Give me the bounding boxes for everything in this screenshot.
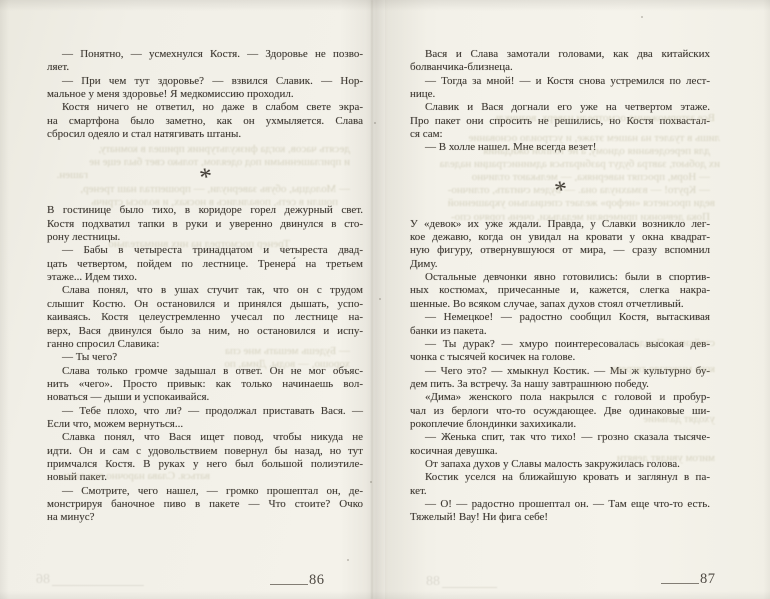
dust-speck [379,298,381,300]
bleedthrough-text: — Будешь мешать мне спать [225,345,350,357]
book-crease-line [371,0,373,599]
scan-edge-left [0,0,9,599]
bleedthrough-text: их добьют, завтра будут разбираться адми… [420,158,720,170]
scan-edge-top [0,0,770,11]
bleedthrough-text: Все заторможенно осмотрели наверх, возни… [495,112,715,124]
text-line: — О! — радостно прошептал он. — Там еще … [410,498,710,511]
text-line: идти. Он и сам с удовольствием повернул … [47,445,363,458]
bleedthrough-text: пошли в сеть, повалились в носках, и вол… [38,196,338,208]
text-line: новаться — дыши и успокаивайся. [47,391,363,404]
text-line: шенные. Во всяком случае, запах духов ст… [410,298,710,311]
text-line: ную фигуру, отвернувшуюся от мира, — сра… [410,244,710,257]
bleedthrough-text: Пока девчонки примеряли медальки, очень … [430,211,710,223]
bleedthrough-page-number: 88 [426,574,497,590]
text-line: «Дима» женского пола накрылся с головой … [410,391,710,404]
bleedthrough-text: мигом увидят девяти [597,452,715,464]
bleedthrough-text: — Норм, проспят наверняка, — мелькают от… [440,171,710,183]
page-left-folio: 86 [270,573,325,587]
book-scan: — Понятно, — усмехнулся Костя. — Здоровь… [0,0,770,599]
text-line: Костя ничего не ответил, но даже в слабо… [47,101,363,114]
dust-speck [374,122,376,124]
bleedthrough-text: для переодевания одному, а не толпой ожи… [445,145,710,157]
folio-rule [661,582,699,584]
text-line: Если что, можем вернуться... [47,418,363,431]
dust-speck [347,559,349,561]
text-line: Слава понял, что в ушах стучит так, что … [47,284,363,297]
text-line: кет. [410,485,710,498]
text-line: каиваясь. Костя целеустремленно учесал п… [47,311,363,324]
page-left: — Понятно, — усмехнулся Костя. — Здоровь… [0,0,385,599]
text-line: дем пить. За встречу. За нашу завтрашнюю… [410,378,710,391]
text-line: ных костюмах, причесанные и, кажется, сл… [410,284,710,297]
ghost-rule [52,584,144,586]
text-line: — Тогда за мной! — и Костя снова устреми… [410,75,710,88]
text-line: верх, Вася двинулся было за ним, но оста… [47,325,363,338]
text-line: на смартфона было заметно, как он ухмыля… [47,115,363,128]
text-line: — Немецкое! — радостно сообщил Костя, вы… [410,311,710,324]
text-line: этаже... Идем тихо. [47,271,363,284]
text-line: — При чем тут здоровье? — взвился Славик… [47,75,363,88]
text-line: ляет. [47,61,363,74]
bleedthrough-text: уходят дальние [615,413,715,425]
bleedthrough-text: Тренер посмотрел на них внимательно [60,238,290,250]
bleedthrough-text: ваться. Слава нарочно все-таки [40,470,210,482]
text-line: — Женька спит, так что тихо! — грозно ск… [410,431,710,444]
bleedthrough-text: десять часов, когда физкультурник пришел… [50,143,350,155]
text-line: Славка понял, что Вася ищет повод, чтобы… [47,431,363,444]
text-line: болванчика-близнеца. [410,61,710,74]
asterisk-separator-icon: * [199,177,211,180]
page-left-text-column: — Понятно, — усмехнулся Костя. — Здоровь… [47,48,363,525]
bleedthrough-text: стойкими. Придержи- [610,337,715,349]
text-line: — Смотрите, чего нашел, — громко прошепт… [47,485,363,498]
text-line: нице. [410,88,710,101]
dust-speck [641,16,643,18]
folio-rule [270,583,308,585]
dust-speck [370,481,372,483]
page-number-left: 86 [309,573,325,587]
text-line: Тяжелый! Вау! Ни фига себе! [410,511,710,524]
bleedthrough-text: — Круто! — взмахнула она. — Будем считат… [445,184,710,196]
text-line: банки из пакета. [410,325,710,338]
bleedthrough-text: и приглашенными под одеялом, только свет… [38,156,350,168]
text-line: — Тебе плохо, что ли? — продолжал приста… [47,405,363,418]
bleedthrough-text: хорошо, — воды. Дима, понятно [225,358,350,370]
bleedthrough-text: гашен. [38,169,88,181]
ghost-number: 88 [426,574,440,590]
text-line: Костик уселся на ближайшую кровать и заг… [410,471,710,484]
text-line: Диму. [410,258,710,271]
text-line: сбросил одеяло и стал натягивать штаны. [47,128,363,141]
bleedthrough-text: кого мужскую тягрень [585,363,715,375]
text-line: нить «чего». Просто привык: как только н… [47,378,363,391]
text-line: Остальные девчонки явно готовились: были… [410,271,710,284]
text-line: слышит Костю. Он остановился и принялся … [47,298,363,311]
ghost-rule [442,586,497,588]
bleedthrough-text: лишь в туалет на нашем этаже, и устроило… [430,132,720,144]
text-line: Вася и Слава замотали головами, как два … [410,48,710,61]
text-line: — Понятно, — усмехнулся Костя. — Здоровь… [47,48,363,61]
text-line: цать четвертом, пойдем по лестнице. Трен… [47,258,363,271]
page-right: Вася и Слава замотали головами, как два … [385,0,770,599]
bleedthrough-text: веди проснется «нефор» желает специально… [420,197,715,209]
scan-edge-right [763,0,770,599]
text-line: монстрируя баночное пиво в пакете — Что … [47,498,363,511]
page-right-folio: 87 [661,572,716,586]
ghost-number: 86 [36,572,50,588]
scan-edge-bottom [0,591,770,599]
text-line: на минус? [47,511,363,524]
page-number-right: 87 [700,572,716,586]
text-line: Костя подхватил тапки в руки и уверенно … [47,218,363,231]
bleedthrough-page-number: 86 [36,572,144,588]
bleedthrough-text: — Молодцы, обувь завернули, — прошептал … [55,183,350,195]
text-line: мальное у меня здоровье! Я медкомиссию п… [47,88,363,101]
text-line: кое дежавю, когда он увидал на кровати у… [410,231,710,244]
